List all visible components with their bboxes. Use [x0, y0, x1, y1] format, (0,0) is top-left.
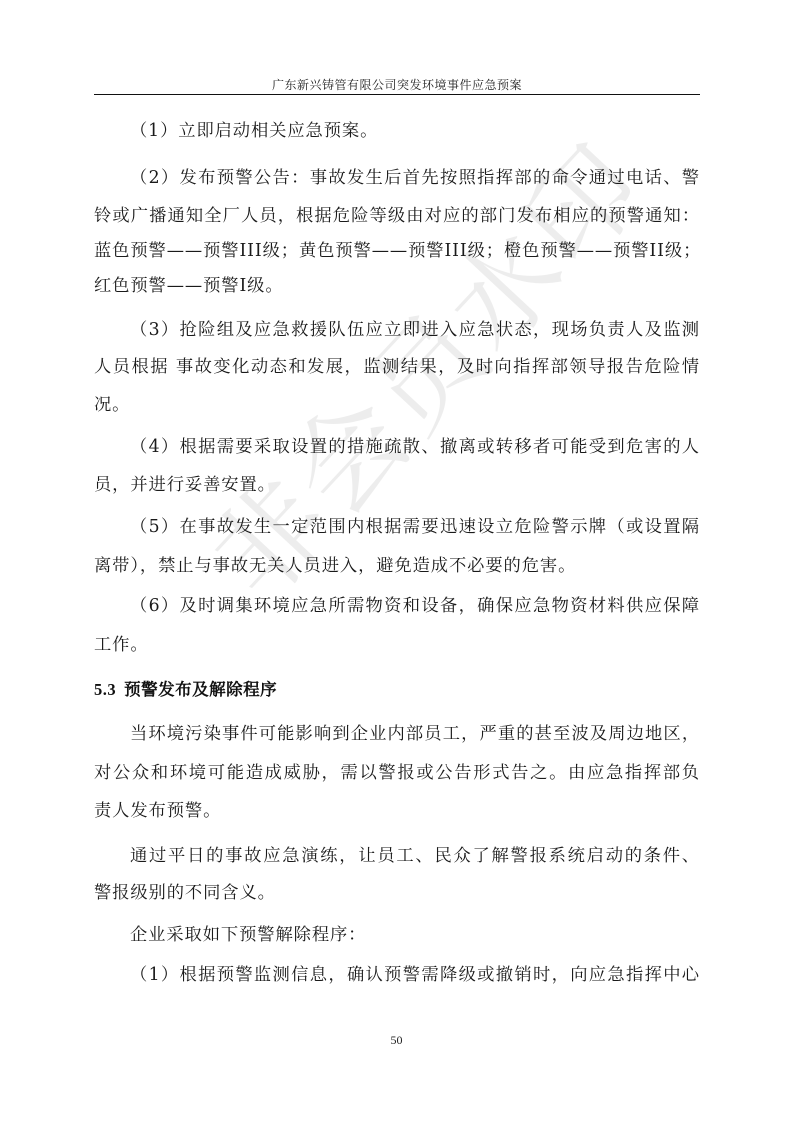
text-line: （2）发布预警公告：事故发生后首先按照指挥部的命令通过电话、警	[130, 167, 700, 189]
text-line: 离带），禁止与事故无关人员进入，避免造成不必要的危害。	[94, 555, 700, 577]
text-line: （4）根据需要采取设置的措施疏散、撤离或转移者可能受到危害的人	[130, 436, 700, 458]
text-line: 责人发布预警。	[94, 800, 700, 822]
text-line: 员，并进行妥善安置。	[94, 474, 700, 496]
text-line: （5）在事故发生一定范围内根据需要迅速设立危险警示牌（或设置隔	[130, 516, 700, 538]
section-heading: 5.3预警发布及解除程序	[94, 679, 277, 701]
text-line: 红色预警——预警I级。	[94, 275, 700, 297]
section-title: 预警发布及解除程序	[124, 680, 277, 699]
text-line: 对公众和环境可能造成威胁，需以警报或公告形式告之。由应急指挥部负	[94, 762, 700, 784]
text-line: （3）抢险组及应急救援队伍应立即进入应急状态，现场负责人及监测	[130, 319, 700, 341]
text-line: 警报级别的不同含义。	[94, 882, 700, 904]
text-line: 铃或广播通知全厂人员，根据危险等级由对应的部门发布相应的预警通知：	[94, 205, 700, 227]
text-line: （6）及时调集环境应急所需物资和设备，确保应急物资材料供应保障	[130, 595, 700, 617]
header-divider	[94, 94, 700, 95]
document-header-title: 广东新兴铸管有限公司突发环境事件应急预案	[94, 76, 700, 93]
text-line: 企业采取如下预警解除程序：	[130, 924, 700, 946]
text-line: （1）根据预警监测信息，确认预警需降级或撤销时，向应急指挥中心	[130, 964, 700, 986]
text-line: 通过平日的事故应急演练，让员工、民众了解警报系统启动的条件、	[130, 845, 700, 867]
text-line: 况。	[94, 394, 700, 416]
text-line: 蓝色预警——预警III级；黄色预警——预警III级；橙色预警——预警II级；	[94, 240, 700, 262]
text-line: 人员根据 事故变化动态和发展，监测结果，及时向指挥部领导报告危险情	[94, 356, 700, 378]
text-line: （1）立即启动相关应急预案。	[130, 120, 700, 142]
text-line: 当环境污染事件可能影响到企业内部员工，严重的甚至波及周边地区，	[130, 723, 700, 745]
section-number: 5.3	[94, 680, 116, 699]
text-line: 工作。	[94, 634, 700, 656]
page-number: 50	[0, 1033, 793, 1048]
